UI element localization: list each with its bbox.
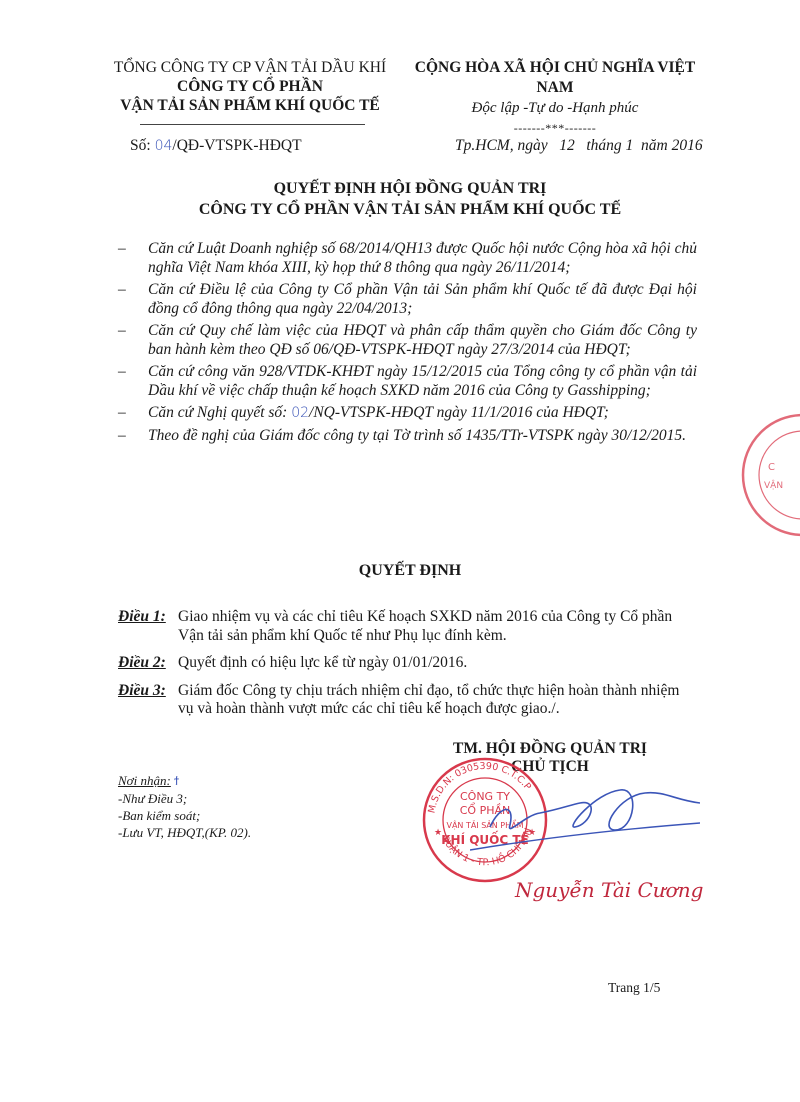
article-1: Điều 1:Giao nhiệm vụ và các chỉ tiêu Kế … [118, 608, 698, 645]
doc-number-handwritten: 04 [155, 138, 173, 154]
doc-number-prefix: Số: [130, 137, 155, 154]
article-text: Giao nhiệm vụ và các chỉ tiêu Kế hoạch S… [178, 608, 672, 644]
signer-name: Nguyễn Tài Cương [515, 878, 703, 902]
article-label: Điều 3: [118, 682, 166, 701]
resolution-number-handwritten: 02 [291, 405, 309, 421]
legal-bases-list: –Căn cứ Luật Doanh nghiệp số 68/2014/QH1… [112, 240, 697, 449]
title-line-1: QUYẾT ĐỊNH HỘI ĐỒNG QUẢN TRỊ [100, 178, 720, 199]
article-label: Điều 1: [118, 608, 166, 627]
article-2: Điều 2:Quyết định có hiệu lực kể từ ngày… [118, 654, 698, 673]
legal-basis-item: –Căn cứ Luật Doanh nghiệp số 68/2014/QH1… [112, 240, 697, 277]
document-title: QUYẾT ĐỊNH HỘI ĐỒNG QUẢN TRỊ CÔNG TY CỔ … [100, 178, 720, 220]
organization-line-1: CÔNG TY CỔ PHẦN [100, 77, 400, 96]
issue-date: Tp.HCM, ngày 12 tháng 1 năm 2016 [455, 137, 703, 155]
decision-heading: QUYẾT ĐỊNH [100, 562, 720, 580]
legal-basis-item: –Theo đề nghị của Giám đốc công ty tại T… [112, 427, 697, 446]
recipients-block: Nơi nhận: ϯ -Như Điều 3; -Ban kiểm soát;… [118, 772, 251, 841]
recipient-item: -Ban kiểm soát; [118, 807, 251, 824]
legal-basis-item: –Căn cứ Điều lệ của Công ty Cổ phần Vận … [112, 281, 697, 318]
article-text: Giám đốc Công ty chịu trách nhiệm chỉ đạ… [178, 682, 679, 718]
article-3: Điều 3:Giám đốc Công ty chịu trách nhiệm… [118, 682, 698, 719]
articles-list: Điều 1:Giao nhiệm vụ và các chỉ tiêu Kế … [118, 608, 698, 728]
handwritten-signature [470, 775, 700, 855]
article-label: Điều 2: [118, 654, 166, 673]
legal-basis-item: –Căn cứ Quy chế làm việc của HĐQT và phâ… [112, 322, 697, 359]
svg-text:VẬN: VẬN [764, 479, 783, 491]
article-text: Quyết định có hiệu lực kể từ ngày 01/01/… [178, 654, 467, 671]
svg-text:★: ★ [434, 828, 442, 838]
national-motto: Độc lập -Tự do -Hạnh phúc [400, 98, 710, 118]
doc-number-suffix: /QĐ-VTSPK-HĐQT [172, 137, 301, 154]
nation-name: CỘNG HÒA XÃ HỘI CHỦ NGHĨA VIỆT NAM [400, 58, 710, 98]
header-divider [140, 124, 365, 125]
motto-rule: -------***------- [400, 118, 710, 138]
recipient-item: -Lưu VT, HĐQT,(KP. 02). [118, 824, 251, 841]
initials-mark-icon: ϯ [174, 774, 179, 788]
recipient-item: -Như Điều 3; [118, 790, 251, 807]
parent-organization: TỔNG CÔNG TY CP VẬN TẢI DẦU KHÍ [100, 58, 400, 77]
svg-text:C: C [768, 462, 775, 473]
document-number: Số: 04/QĐ-VTSPK-HĐQT [130, 137, 302, 155]
title-line-2: CÔNG TY CỔ PHẦN VẬN TẢI SẢN PHẨM KHÍ QUỐ… [100, 199, 720, 220]
legal-basis-item: –Căn cứ công văn 928/VTDK-KHĐT ngày 15/1… [112, 363, 697, 400]
recipients-heading: Nơi nhận: [118, 773, 171, 788]
page-number: Trang 1/5 [608, 980, 660, 996]
company-stamp-partial: C VẬN [738, 410, 800, 540]
national-header: CỘNG HÒA XÃ HỘI CHỦ NGHĨA VIỆT NAM Độc l… [400, 58, 710, 138]
issuer-header: TỔNG CÔNG TY CP VẬN TẢI DẦU KHÍ CÔNG TY … [100, 58, 400, 115]
legal-basis-item: –Căn cứ Nghị quyết số: 02/NQ-VTSPK-HĐQT … [112, 404, 697, 423]
organization-line-2: VẬN TẢI SẢN PHẨM KHÍ QUỐC TẾ [100, 96, 400, 115]
